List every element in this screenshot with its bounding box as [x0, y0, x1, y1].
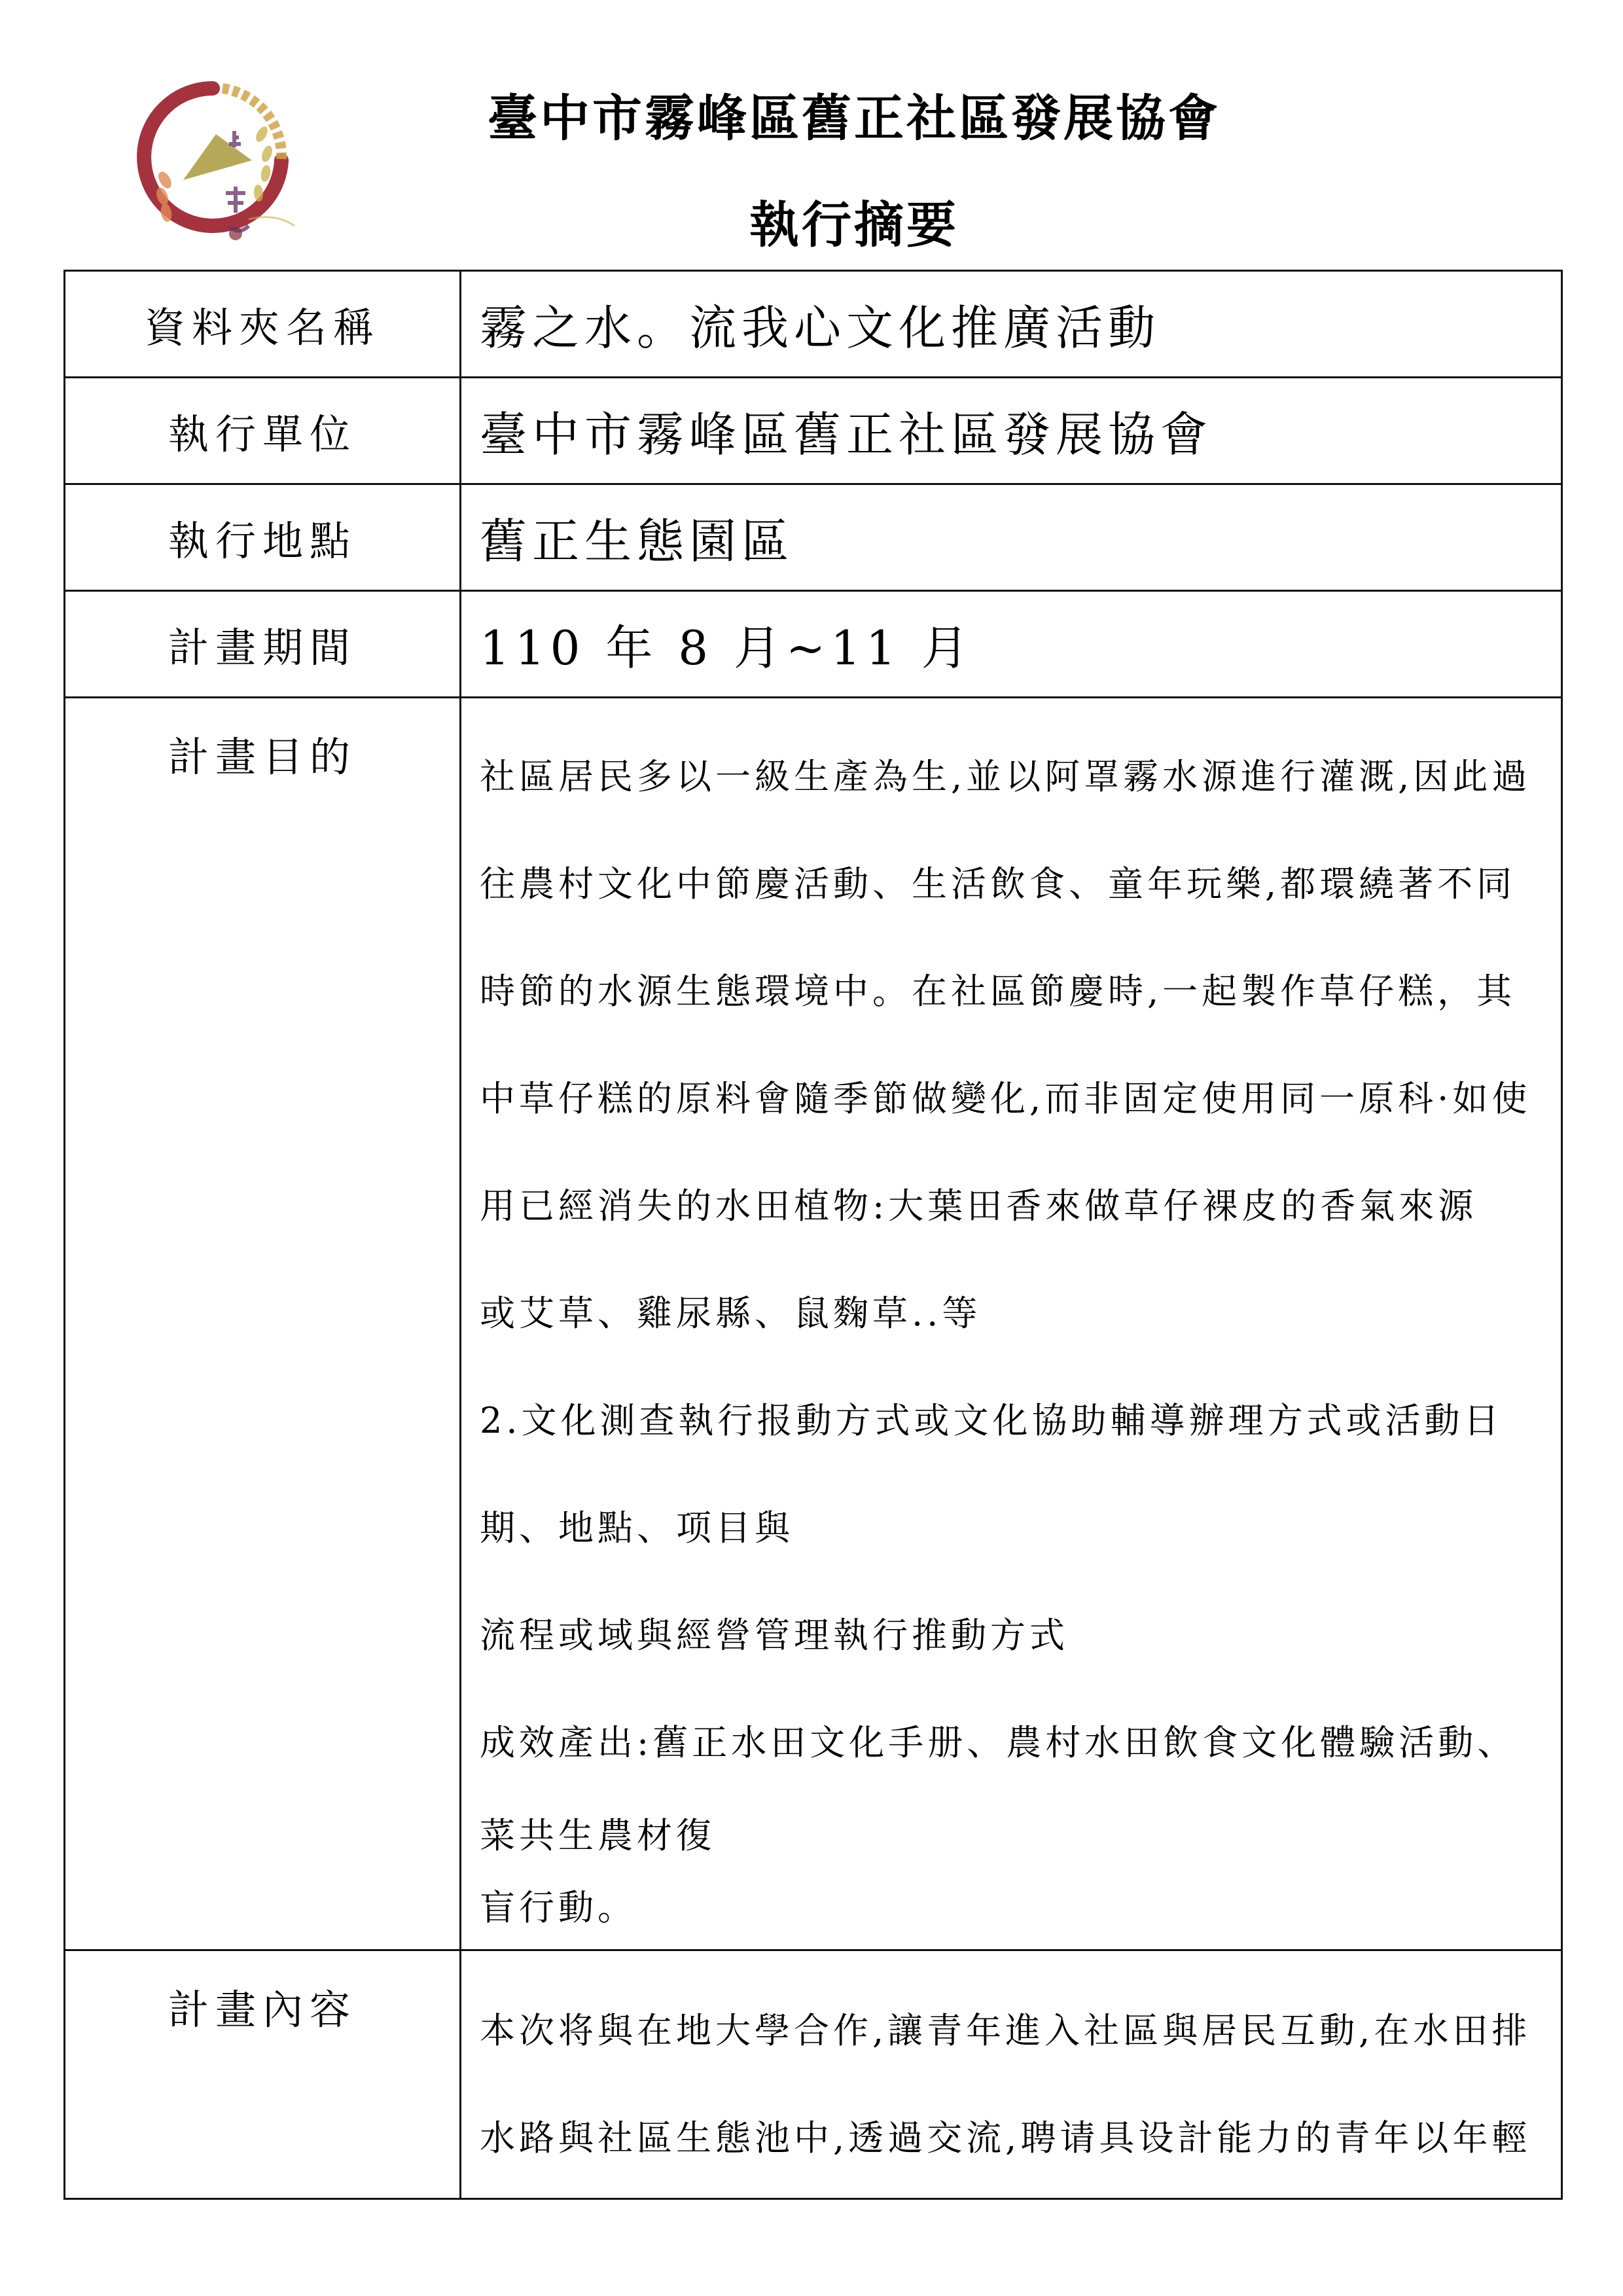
- table-row-purpose: 計畫目的 社區居民多以一級生產為生,並以阿罩霧水源進行灌溉,因此過 往農村文化中…: [65, 698, 1562, 1950]
- purpose-line: 成效產出:舊正水田文化手册、農村水田飲食文化體驗活動、: [480, 1689, 1548, 1797]
- row-label: 計畫期間: [65, 591, 461, 698]
- purpose-line: 或艾草、雞尿縣、鼠麴草..等: [480, 1260, 1548, 1367]
- purpose-line: 2.文化測查執行报動方式或文化協助輔導辦理方式或活動日: [480, 1367, 1548, 1475]
- row-value: 霧之水。流我心文化推廣活動: [461, 271, 1562, 378]
- row-label: 執行單位: [65, 378, 461, 484]
- content-line: 本次将與在地大學合作,讓青年進入社區與居民互動,在水田排: [480, 1977, 1548, 2085]
- purpose-line: 用已經消失的水田植物:大葉田香來做草仔裸皮的香氣來源: [480, 1153, 1548, 1260]
- table-row-executing-unit: 執行單位 臺中市霧峰區舊正社區發展協會: [65, 378, 1562, 484]
- purpose-line: 社區居民多以一級生產為生,並以阿罩霧水源進行灌溉,因此過: [480, 723, 1548, 831]
- purpose-line: 期、地點、项目與: [480, 1475, 1548, 1582]
- row-label: 計畫內容: [65, 1950, 461, 2199]
- purpose-line: 時節的水源生態環境中。在社區節慶時,一起製作草仔糕，其: [480, 938, 1548, 1045]
- organization-title: 臺中市霧峰區舊正社區發展協會: [0, 79, 1623, 150]
- row-label: 資料夾名稱: [65, 271, 461, 378]
- row-label: 計畫目的: [65, 698, 461, 1950]
- purpose-text: 社區居民多以一級生產為生,並以阿罩霧水源進行灌溉,因此過 往農村文化中節慶活動、…: [461, 698, 1562, 1950]
- table-row-location: 執行地點 舊正生態園區: [65, 484, 1562, 591]
- table-row-period: 計畫期間 110 年 8 月~11 月: [65, 591, 1562, 698]
- content-text: 本次将與在地大學合作,讓青年進入社區與居民互動,在水田排 水路與社區生態池中,透…: [461, 1950, 1562, 2199]
- row-value: 舊正生態園區: [461, 484, 1562, 591]
- purpose-line: 往農村文化中節慶活動、生活飲食、童年玩樂,都環繞著不同: [480, 831, 1548, 938]
- row-value: 110 年 8 月~11 月: [461, 591, 1562, 698]
- purpose-line: 菜共生農材復: [480, 1797, 1548, 1875]
- document-title: 執行摘要: [0, 185, 1623, 257]
- purpose-line: 流程或域與經營管理執行推動方式: [480, 1582, 1548, 1689]
- table-row-folder-name: 資料夾名稱 霧之水。流我心文化推廣活動: [65, 271, 1562, 378]
- executive-summary-table: 資料夾名稱 霧之水。流我心文化推廣活動 執行單位 臺中市霧峰區舊正社區發展協會 …: [63, 270, 1563, 2200]
- table-row-content: 計畫內容 本次将與在地大學合作,讓青年進入社區與居民互動,在水田排 水路與社區生…: [65, 1950, 1562, 2199]
- purpose-line: 盲行動。: [480, 1875, 1548, 1941]
- content-line: 水路與社區生態池中,透過交流,聘请具设計能力的青年以年輕: [480, 2085, 1548, 2192]
- row-label: 執行地點: [65, 484, 461, 591]
- row-value: 臺中市霧峰區舊正社區發展協會: [461, 378, 1562, 484]
- purpose-line: 中草仔糕的原料會隨季節做變化,而非固定使用同一原科·如使: [480, 1045, 1548, 1153]
